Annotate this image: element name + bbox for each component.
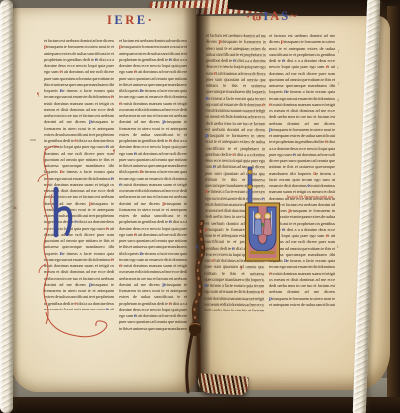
penwork-flourish: [34, 144, 122, 348]
bookmark-ribbon: [176, 220, 224, 400]
running-title-right: ·ɷIAS~: [246, 9, 299, 25]
fore-margin-letter-1: ſ: [338, 50, 339, 55]
pilcrow-blue-right: ¶: [196, 246, 198, 251]
rubric-incipit: Incipit lib iheremie ppht qui: [287, 194, 335, 205]
running-title-left: IERE·: [107, 13, 154, 28]
book-weight-cord-left: [0, 0, 13, 413]
quire-marks: ooo: [30, 138, 36, 142]
fore-margin-letter-2: c: [337, 66, 339, 71]
fore-margin-letter-5: t.: [337, 245, 340, 250]
illuminated-initial: [244, 167, 284, 264]
pilcrow-red-left: ¶: [37, 93, 39, 98]
penwork-initial-blue: [49, 186, 73, 240]
section-mark: §: [240, 266, 243, 271]
manuscript-photo: IERE· ·ɷIAS~ et factum est uerbum domini…: [0, 0, 400, 413]
fore-margin-letter-3: r: [338, 82, 340, 87]
fore-margin-letter-4: a: [337, 98, 339, 103]
pilcrow-red-mid: ¶: [113, 150, 115, 155]
